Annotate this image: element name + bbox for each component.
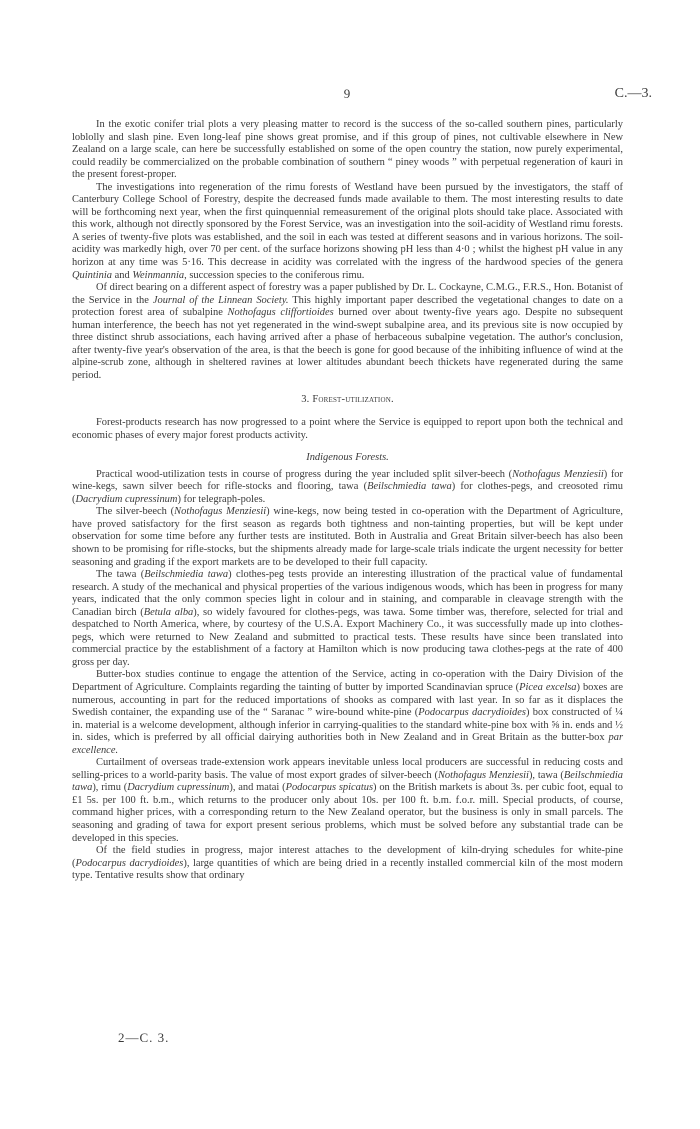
paragraph-clothes-pegs: The tawa (Beilschmiedia tawa) clothes-pe… <box>72 569 623 669</box>
paragraph-kiln-drying: Of the field studies in progress, major … <box>72 845 623 883</box>
paragraph-exotic-conifer: In the exotic conifer trial plots a very… <box>72 119 623 182</box>
paragraph-cockayne-paper: Of direct bearing on a different aspect … <box>72 282 623 382</box>
signature-mark: 2—C. 3. <box>118 1030 169 1046</box>
paragraph-trade-extension: Curtailment of overseas trade-extension … <box>72 757 623 845</box>
document-code: C.—3. <box>615 86 652 102</box>
paragraph-wine-kegs: The silver-beech (Nothofagus Menziesii) … <box>72 506 623 569</box>
paragraph-wood-utilization-tests: Practical wood-utilization tests in cour… <box>72 469 623 507</box>
page-number: 9 <box>72 86 622 102</box>
section-heading: 3. Forest-utilization. <box>72 394 623 407</box>
document-body: In the exotic conifer trial plots a very… <box>72 119 623 883</box>
subsection-heading: Indigenous Forests. <box>72 452 623 465</box>
paragraph-forest-products-research: Forest-products research has now progres… <box>72 417 623 442</box>
paragraph-rimu-regeneration: The investigations into regeneration of … <box>72 182 623 282</box>
paragraph-butter-box: Butter-box studies continue to engage th… <box>72 669 623 757</box>
page-header: 9 C.—3. <box>72 86 622 102</box>
